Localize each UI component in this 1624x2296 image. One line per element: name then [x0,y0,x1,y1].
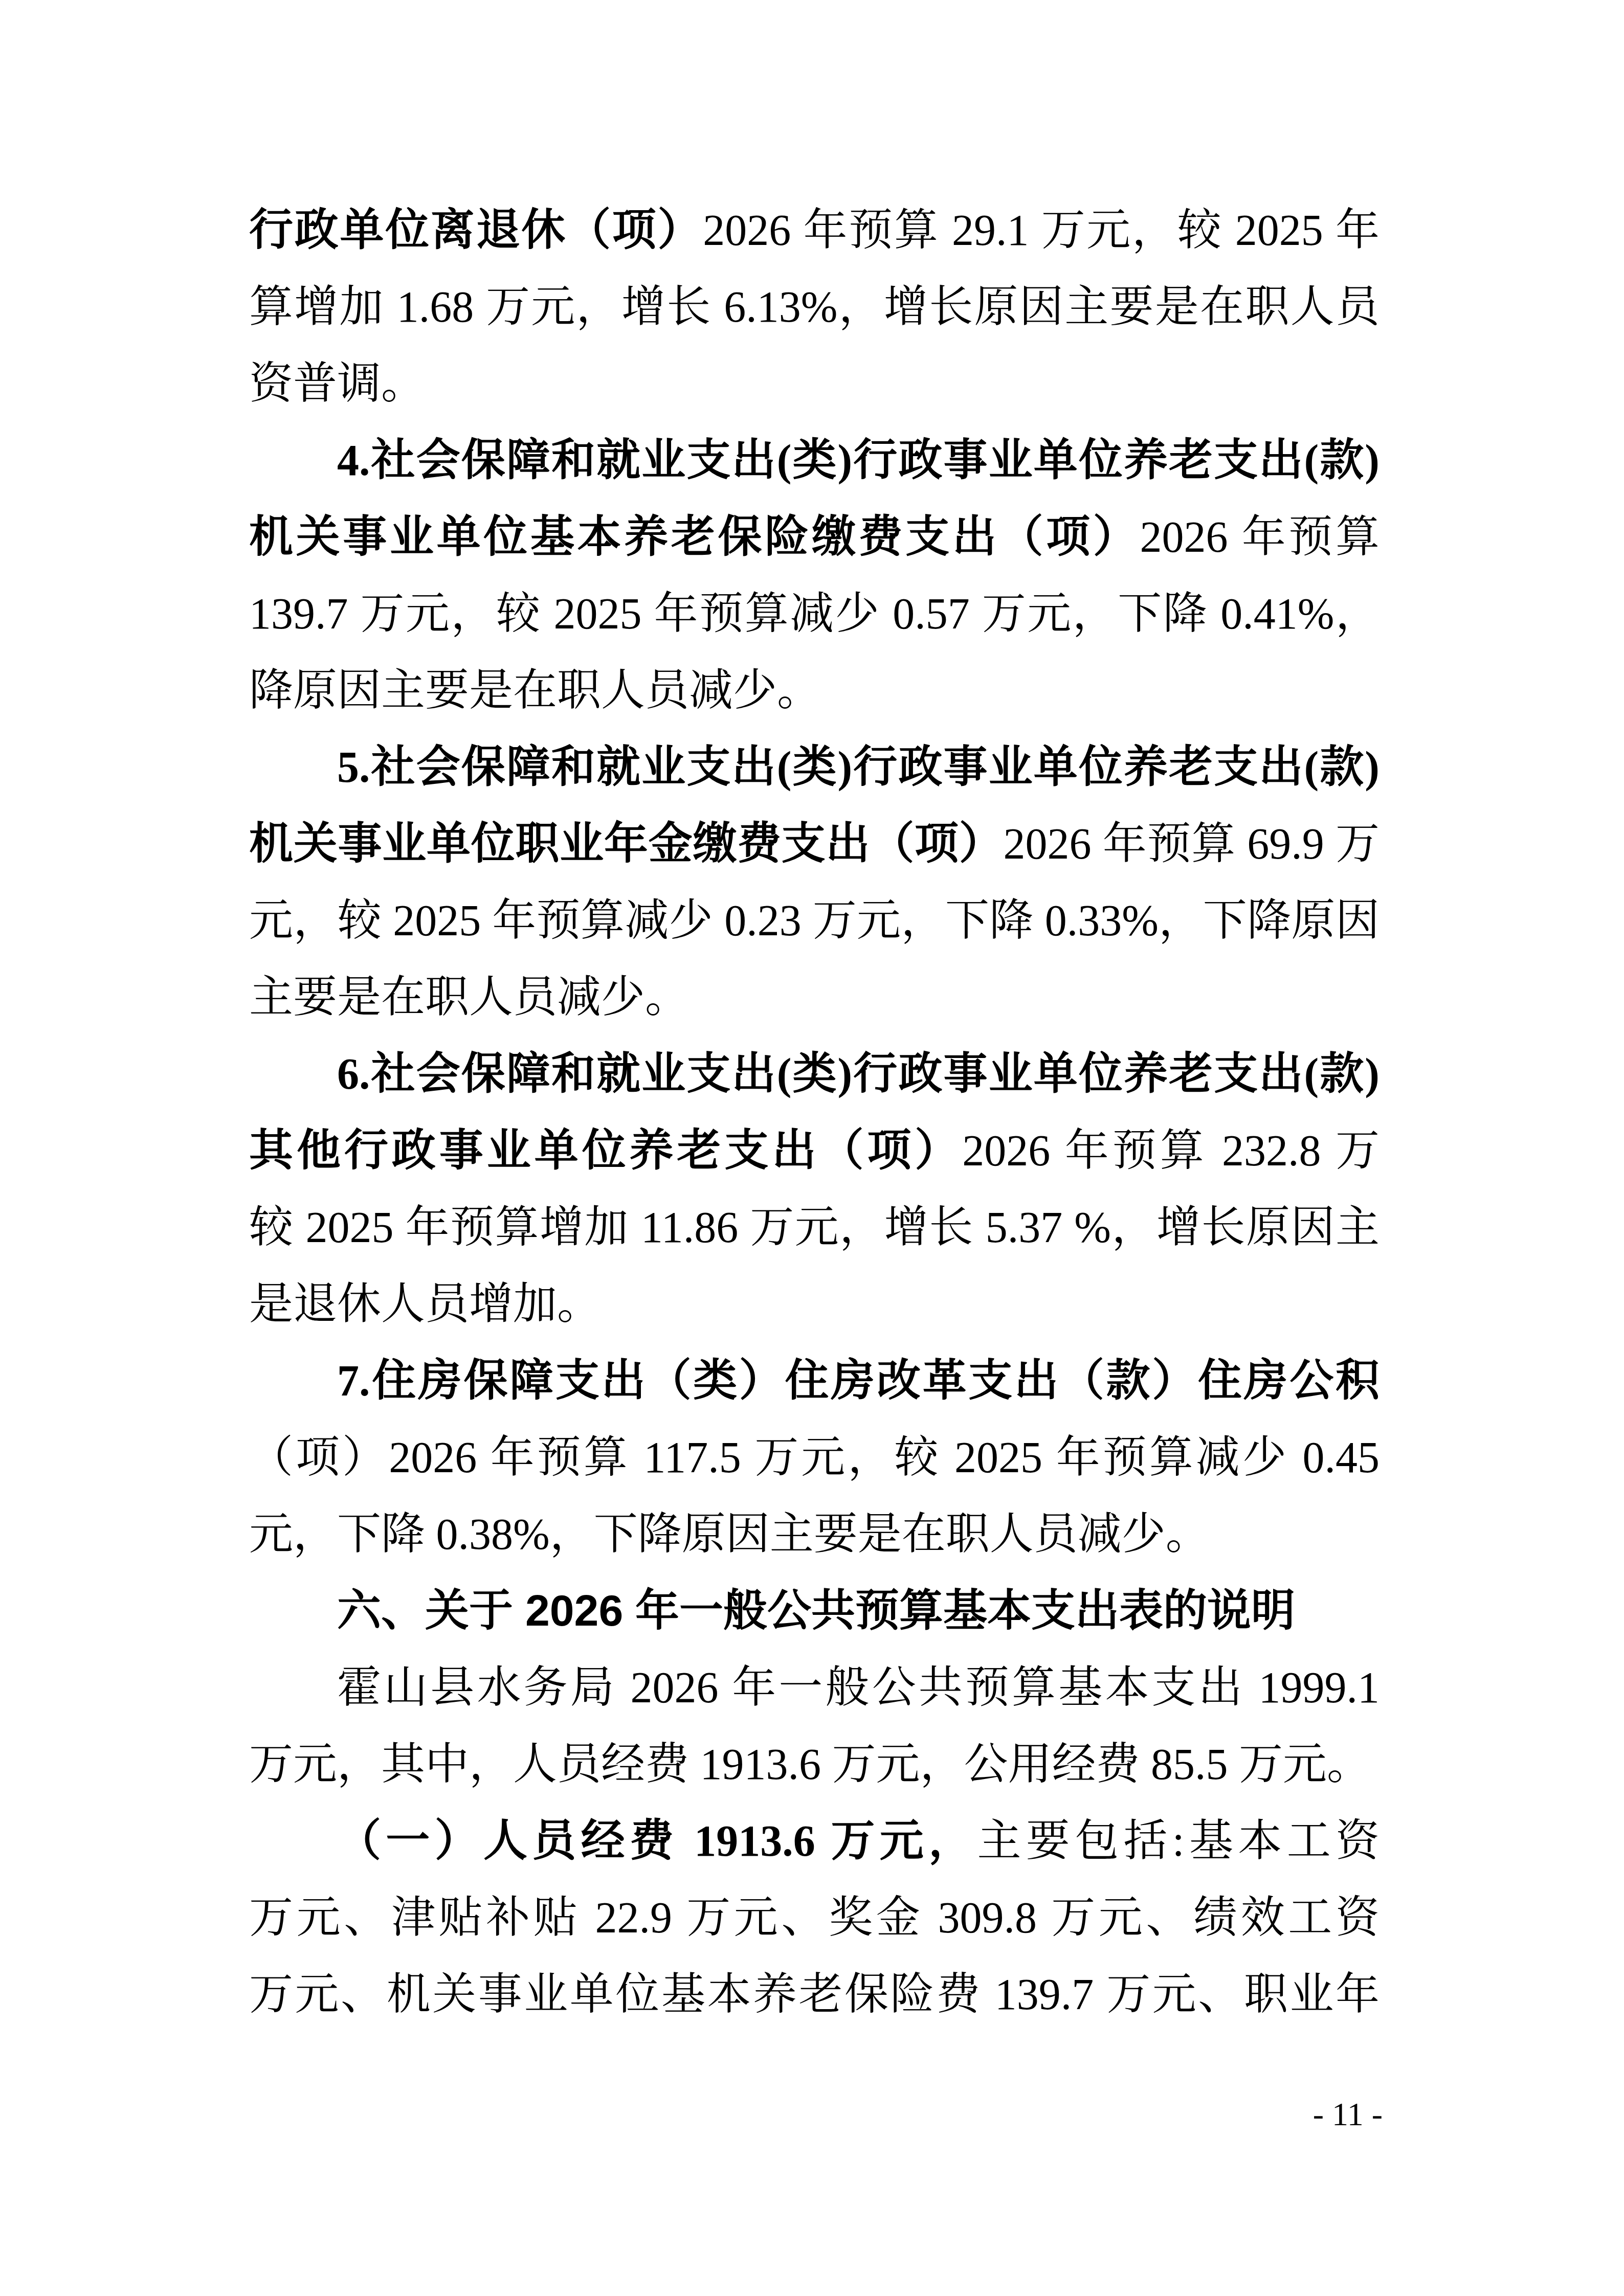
section-heading: 六、关于 2026 年一般公共预算基本支出表的说明 [249,1572,1380,1649]
text-run: 机关事业单位职业年金缴费支出（项） [249,819,1004,868]
text-run: 元，较 2025 年预算减少 0.23 万元，下降 0.33%，下降原因 [249,896,1380,945]
text-run: 2026 年预算 69.9 万 [1004,819,1380,868]
text-run: 其他行政事业单位养老支出（项） [249,1126,962,1175]
text-run: 万元、津贴补贴 22.9 万元、奖金 309.8 万元、绩效工资 177.9 [249,1893,1380,1956]
text-line: 139.7 万元，较 2025 年预算减少 0.57 万元，下降 0.41%，下 [249,575,1380,652]
text-run: 降原因主要是在职人员减少。 [249,666,821,715]
text-line: 资普调。 [249,345,1380,422]
text-line: 是退休人员增加。 [249,1266,1380,1342]
text-run: 行政单位离退休（项） [249,206,703,255]
text-line: 元，较 2025 年预算减少 0.23 万元，下降 0.33%，下降原因 [249,882,1380,959]
text-line: 主要是在职人员减少。 [249,959,1380,1036]
text-line: 行政单位离退休（项）2026 年预算 29.1 万元，较 2025 年预 [249,192,1380,268]
document-page: 行政单位离退休（项）2026 年预算 29.1 万元，较 2025 年预算增加 … [0,0,1624,2296]
text-run: 万元、机关事业单位基本养老保险费 139.7 万元、职业年金 [249,1970,1380,2033]
text-line: 万元，其中，人员经费 1913.6 万元，公用经费 85.5 万元。 [249,1726,1380,1803]
text-line: 较 2025 年预算增加 11.86 万元，增长 5.37 %，增长原因主要 [249,1189,1380,1266]
text-run: 7.住房保障支出（类）住房改革支出（款）住房公积金 [249,1356,1380,1419]
text-line: 4.社会保障和就业支出(类)行政事业单位养老支出(款) [249,422,1380,499]
text-run: （项）2026 年预算 117.5 万元，较 2025 年预算减少 0.45 万 [249,1433,1380,1496]
text-run: 元，下降 0.38%，下降原因主要是在职人员减少。 [249,1510,1210,1559]
text-line: 6.社会保障和就业支出(类)行政事业单位养老支出(款) [249,1036,1380,1112]
text-line: （项）2026 年预算 117.5 万元，较 2025 年预算减少 0.45 万 [249,1419,1380,1496]
text-run: （一）人员经费 1913.6 万元， [337,1816,977,1865]
text-line: 降原因主要是在职人员减少。 [249,652,1380,729]
text-run: 6.社会保障和就业支出(类)行政事业单位养老支出(款) [337,1049,1380,1098]
text-line: 机关事业单位职业年金缴费支出（项）2026 年预算 69.9 万 [249,805,1380,882]
text-run: 4.社会保障和就业支出(类)行政事业单位养老支出(款) [337,436,1380,485]
text-line: （一）人员经费 1913.6 万元，主要包括:基本工资 461.1 [249,1803,1380,1879]
text-run: 万元，其中，人员经费 1913.6 万元，公用经费 85.5 万元。 [249,1740,1371,1789]
text-line: 算增加 1.68 万元，增长 6.13%，增长原因主要是在职人员工 [249,268,1380,345]
text-run: 139.7 万元，较 2025 年预算减少 0.57 万元，下降 0.41%，下 [249,589,1380,652]
text-line: 元，下降 0.38%，下降原因主要是在职人员减少。 [249,1496,1380,1572]
text-run: 较 2025 年预算增加 11.86 万元，增长 5.37 %，增长原因主要 [249,1203,1380,1266]
text-run: 是退休人员增加。 [249,1279,601,1329]
text-run: 算增加 1.68 万元，增长 6.13%，增长原因主要是在职人员工 [249,282,1380,345]
text-run: 资普调。 [249,359,425,408]
text-run: 5.社会保障和就业支出(类)行政事业单位养老支出(款) [337,742,1380,792]
page-number: - 11 - [1313,2086,1383,2143]
text-line: 万元、机关事业单位基本养老保险费 139.7 万元、职业年金 [249,1956,1380,2033]
text-run: 霍山县水务局 2026 年一般公共预算基本支出 1999.1 [337,1663,1380,1712]
text-run: 主要是在职人员减少。 [249,973,689,1022]
text-run: 2026 年预算 [1140,512,1380,561]
text-line: 霍山县水务局 2026 年一般公共预算基本支出 1999.1 [249,1649,1380,1726]
document-body: 行政单位离退休（项）2026 年预算 29.1 万元，较 2025 年预算增加 … [249,192,1380,2033]
text-line: 万元、津贴补贴 22.9 万元、奖金 309.8 万元、绩效工资 177.9 [249,1879,1380,1956]
text-run: 六、关于 2026 年一般公共预算基本支出表的说明 [337,1586,1295,1635]
text-line: 5.社会保障和就业支出(类)行政事业单位养老支出(款) [249,729,1380,805]
text-line: 机关事业单位基本养老保险缴费支出（项）2026 年预算 [249,499,1380,575]
text-run: 机关事业单位基本养老保险缴费支出（项） [249,512,1140,561]
text-line: 其他行政事业单位养老支出（项）2026 年预算 232.8 万元， [249,1112,1380,1189]
text-line: 7.住房保障支出（类）住房改革支出（款）住房公积金 [249,1342,1380,1419]
